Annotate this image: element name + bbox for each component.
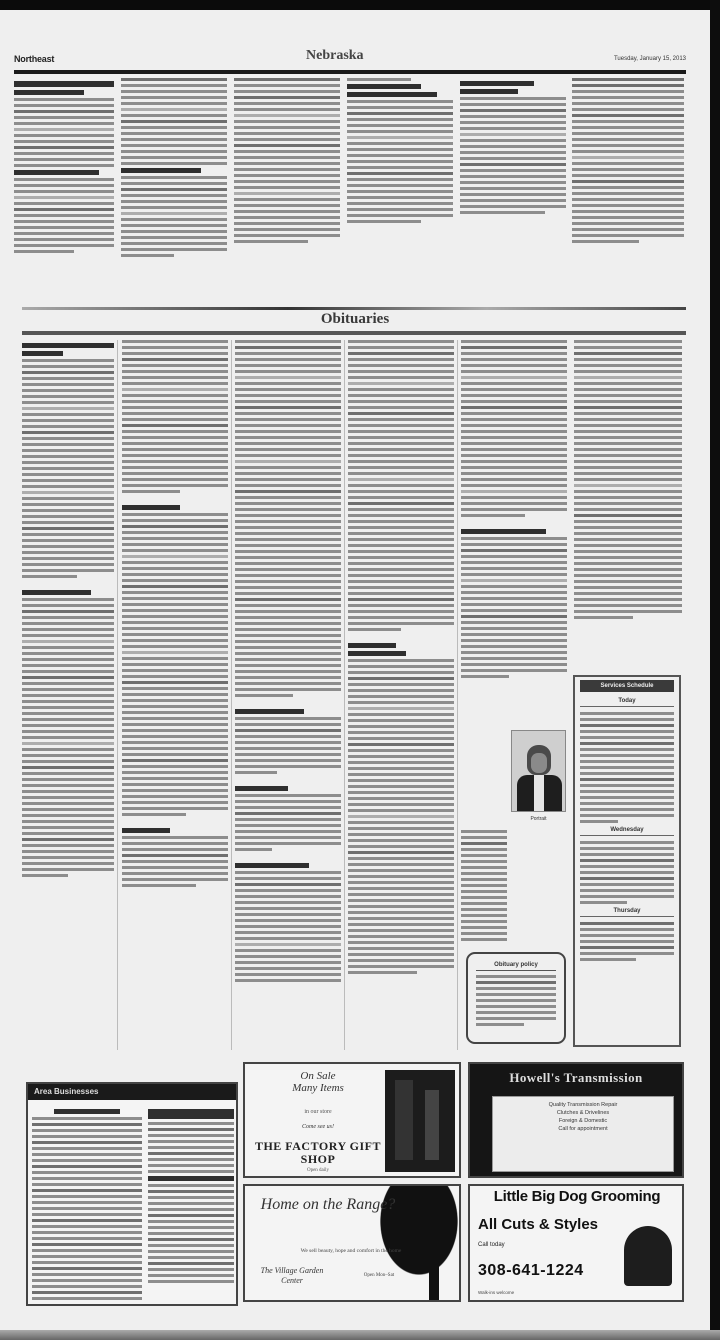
- date-line: Tuesday, January 15, 2013: [614, 56, 686, 62]
- scan-bottom-edge: [0, 1330, 720, 1340]
- ad-transmission-line: Call for appointment: [499, 1125, 667, 1133]
- ad-grooming-phone: 308-641-1224: [478, 1262, 638, 1280]
- obituaries-heading: Obituaries: [0, 311, 710, 328]
- services-day-2: Wednesday: [580, 827, 674, 836]
- tree-trunk: [429, 1226, 439, 1302]
- ad-transmission-line: Foreign & Domestic: [499, 1117, 667, 1125]
- obituary-column-3: [235, 340, 341, 985]
- obituaries-rule-top: [22, 307, 686, 310]
- ad-home-brand: The Village Garden Center: [257, 1266, 327, 1286]
- obituary-column-6: [574, 340, 682, 622]
- services-title: Services Schedule: [580, 680, 674, 692]
- obituary-column-5-lower: [461, 830, 507, 944]
- masthead: Northeast Nebraska Tuesday, January 15, …: [14, 48, 686, 68]
- dog-grooming-ad: Little Big Dog Grooming All Cuts & Style…: [468, 1184, 684, 1302]
- newspaper-page: Northeast Nebraska Tuesday, January 15, …: [0, 10, 710, 1330]
- ad-grooming-line3: Call today: [478, 1242, 628, 1248]
- news-column-5: [460, 78, 566, 217]
- ad-photo: [385, 1070, 455, 1172]
- ad-grooming-headline: Little Big Dog Grooming: [474, 1188, 680, 1205]
- ad-grooming-footer: Walk-ins welcome: [478, 1290, 678, 1295]
- news-column-1: [14, 78, 114, 256]
- notice-title: Obituary policy: [476, 962, 556, 971]
- ad-transmission-line: Clutches & Drivelines: [499, 1109, 667, 1117]
- column-divider: [457, 340, 458, 1050]
- services-schedule-sidebar: Services Schedule Today Wednesday Thursd…: [573, 675, 681, 1047]
- column-divider: [344, 340, 345, 1050]
- business-directory-ad: Area Businesses: [26, 1082, 238, 1306]
- scan-right-edge: [710, 0, 720, 1340]
- dog-illustration: [624, 1226, 672, 1286]
- transmission-shop-ad: Howell's Transmission Quality Transmissi…: [468, 1062, 684, 1178]
- photo-caption: Portrait: [511, 816, 566, 823]
- ad-sale-footer: Open daily: [253, 1168, 383, 1173]
- ad-home-headline: Home on the Range?: [253, 1196, 403, 1214]
- ad-transmission-banner: Howell's Transmission: [476, 1070, 676, 1086]
- news-column-6: [572, 78, 684, 246]
- obituary-portrait-photo: [511, 730, 566, 812]
- column-divider: [117, 340, 118, 1050]
- ad-transmission-line: Quality Transmission Repair: [499, 1101, 667, 1109]
- obituaries-rule-bottom: [22, 331, 686, 335]
- garden-center-ad: Home on the Range? We sell beauty, hope …: [243, 1184, 461, 1302]
- obituary-column-1: [22, 340, 114, 880]
- news-column-3: [234, 78, 340, 246]
- obituary-column-5: [461, 340, 567, 681]
- masthead-rule: [14, 70, 686, 74]
- obituary-column-4: [348, 340, 454, 977]
- ad-grooming-line2: All Cuts & Styles: [478, 1216, 618, 1233]
- section-title: Nebraska: [306, 48, 364, 64]
- ad-home-details: Open Mon–Sat: [339, 1272, 419, 1279]
- obituary-policy-box: Obituary policy: [466, 952, 566, 1044]
- services-day-1: Today: [580, 698, 674, 707]
- gift-shop-sale-ad: On Sale Many Items in our store Come see…: [243, 1062, 461, 1178]
- ad-home-tagline: We sell beauty, hope and comfort in the …: [251, 1248, 451, 1254]
- directory-header: Area Businesses: [28, 1084, 238, 1100]
- ad-sale-line3: in our store: [253, 1109, 383, 1115]
- ad-sale-brand: THE FACTORY GIFT SHOP: [253, 1140, 383, 1166]
- obituary-column-2: [122, 340, 228, 890]
- ad-sale-line1: On Sale: [300, 1070, 335, 1082]
- ad-sale-line2: Many Items: [292, 1082, 344, 1094]
- services-day-3: Thursday: [580, 908, 674, 917]
- ad-sale-line4: Come see us!: [253, 1124, 383, 1130]
- news-column-4: [347, 78, 453, 226]
- column-divider: [231, 340, 232, 1050]
- news-column-2: [121, 78, 227, 260]
- section-label-left: Northeast: [14, 54, 54, 64]
